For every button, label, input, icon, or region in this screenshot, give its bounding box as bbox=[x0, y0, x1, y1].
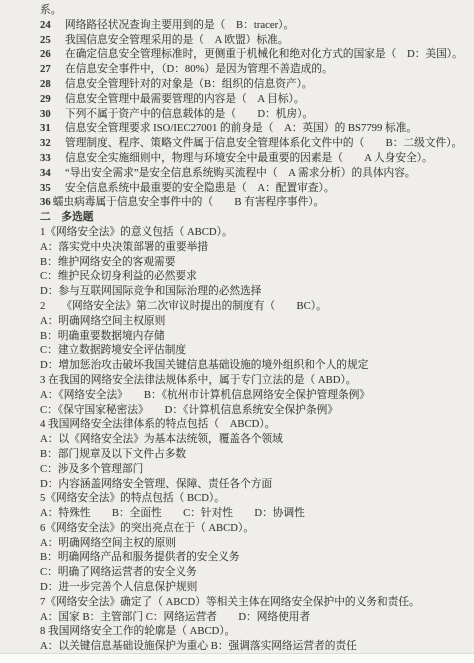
single-choice-question-31: 31 信息安全管理要求 ISO/IEC27001 的前身是（ A：英国）的 BS… bbox=[40, 121, 470, 136]
multi-choice-question-8: 8 我国网络安全工作的轮廓是（ ABCD）。 bbox=[40, 624, 470, 639]
question-text: 信息安全管理要求 ISO/IEC27001 的前身是（ A：英国）的 BS779… bbox=[65, 121, 417, 136]
multi-choice-1-option-c: C：维护民众切身利益的必然要求 bbox=[40, 269, 470, 284]
question-number: 31 bbox=[40, 121, 57, 136]
multi-choice-1-option-b: B：维护网络安全的客观需要 bbox=[40, 255, 470, 270]
single-choice-question-34: 34 “导出安全需求”是安全信息系统购买流程中（ A 需求分析）的具体内容。 bbox=[40, 166, 470, 181]
question-text: 安全信息系统中最重要的安全隐患是（ A：配置审查）。 bbox=[65, 181, 335, 196]
multi-choice-question-6: 6《网络安全法》的突出亮点在于（ ABCD）。 bbox=[40, 521, 470, 536]
question-text: 网络路径状况查询主要用到的是（ B：tracer）。 bbox=[65, 18, 294, 33]
question-number: 27 bbox=[40, 62, 57, 77]
question-text: 信息安全管理针对的对象是（B：组织的信息资产）。 bbox=[65, 77, 313, 92]
question-text: 我国信息安全管理采用的是（ A 欧盟）标准。 bbox=[65, 33, 289, 48]
multi-choice-6-option-a: A：明确网络空间主权的原则 bbox=[40, 536, 470, 551]
single-choice-question-35: 35 安全信息系统中最重要的安全隐患是（ A：配置审查）。 bbox=[40, 181, 470, 196]
question-number: 30 bbox=[40, 107, 57, 122]
question-number: 34 bbox=[40, 166, 57, 181]
single-choice-question-27: 27 在信息安全事件中，（D：80%）是因为管理不善造成的。 bbox=[40, 62, 470, 77]
question-text: 在信息安全事件中，（D：80%）是因为管理不善造成的。 bbox=[65, 62, 333, 77]
question-number: 35 bbox=[40, 181, 57, 196]
multi-choice-question-4: 4 我国网络安全法律体系的特点包括（ ABCD）。 bbox=[40, 417, 470, 432]
multi-choice-3-options-cd: C：《保守国家秘密法》 D：《计算机信息系统安全保护条例》 bbox=[40, 403, 470, 418]
question-number: 29 bbox=[40, 92, 57, 107]
question-text: “导出安全需求”是安全信息系统购买流程中（ A 需求分析）的具体内容。 bbox=[65, 166, 416, 181]
multi-choice-question-2: 2 《网络安全法》第二次审议时提出的制度有（ BC）。 bbox=[40, 299, 470, 314]
multi-choice-question-5: 5《网络安全法》的特点包括（ BCD）。 bbox=[40, 491, 470, 506]
single-choice-question-36: 36 蠕虫病毒属于信息安全事件中的（ B 有害程序事件）。 bbox=[40, 195, 470, 210]
section-heading-multichoice: 二 多选题 bbox=[40, 210, 470, 225]
multi-choice-question-1: 1《网络安全法》的意义包括（ ABCD）。 bbox=[40, 225, 470, 240]
single-choice-question-25: 25 我国信息安全管理采用的是（ A 欧盟）标准。 bbox=[40, 33, 470, 48]
multi-choice-question-3: 3 在我国的网络安全法律法规体系中，属于专门立法的是（ ABD）。 bbox=[40, 373, 470, 388]
question-number: 25 bbox=[40, 33, 57, 48]
multi-choice-2-option-a: A：明确网络空间主权原则 bbox=[40, 314, 470, 329]
paragraph-fragment: 系。 bbox=[40, 3, 470, 18]
multi-choice-2-option-b: B：明确重要数据境内存储 bbox=[40, 329, 470, 344]
multi-choice-4-option-c: C：涉及多个管理部门 bbox=[40, 462, 470, 477]
multi-choice-7-options-abcd: A：国家 B：主管部门 C：网络运营者 D：网络使用者 bbox=[40, 610, 470, 625]
single-choice-question-26: 26 在确定信息安全管理标准时，更侧重于机械化和绝对化方式的国家是（ D：美国）… bbox=[40, 47, 470, 62]
multi-choice-2-option-c: C：建立数据跨境安全评估制度 bbox=[40, 343, 470, 358]
multi-choice-4-option-a: A：以《网络安全法》为基本法统领，覆盖各个领域 bbox=[40, 432, 470, 447]
multi-choice-3-options-ab: A：《网络安全法》 B：《杭州市计算机信息网络安全保护管理条例》 bbox=[40, 388, 470, 403]
document-content: 系。 24 网络路径状况查询主要用到的是（ B：tracer）。 25 我国信息… bbox=[0, 0, 474, 654]
question-number: 24 bbox=[40, 18, 57, 33]
question-number: 36 bbox=[40, 195, 51, 210]
single-choice-question-32: 32 管理制度、程序、策略文件属于信息安全管理体系化文件中的（ B：二级文件）。 bbox=[40, 136, 470, 151]
single-choice-question-33: 33 信息安全实施细则中，物理与环境安全中最重要的因素是（ A 人身安全）。 bbox=[40, 151, 470, 166]
single-choice-question-30: 30 下列不属于资产中的信息载体的是（ D：机房）。 bbox=[40, 107, 470, 122]
question-text: 蠕虫病毒属于信息安全事件中的（ B 有害程序事件）。 bbox=[53, 195, 325, 210]
question-text: 管理制度、程序、策略文件属于信息安全管理体系化文件中的（ B：二级文件）。 bbox=[65, 136, 462, 151]
multi-choice-1-option-d: D：参与互联网国际竞争和国际治理的必然选择 bbox=[40, 284, 470, 299]
document-page: 系。 24 网络路径状况查询主要用到的是（ B：tracer）。 25 我国信息… bbox=[0, 0, 474, 663]
question-text: 下列不属于资产中的信息载体的是（ D：机房）。 bbox=[65, 107, 313, 122]
multi-choice-5-options-abcd: A：特殊性 B：全面性 C：针对性 D：协调性 bbox=[40, 506, 470, 521]
multi-choice-1-option-a: A：落实党中央决策部署的重要举措 bbox=[40, 240, 470, 255]
multi-choice-question-7: 7《网络安全法》确定了（ ABCD）等相关主体在网络安全保护中的义务和责任。 bbox=[40, 595, 470, 610]
question-number: 32 bbox=[40, 136, 57, 151]
question-number: 33 bbox=[40, 151, 57, 166]
single-choice-question-29: 29 信息安全管理中最需要管理的内容是（ A 目标）。 bbox=[40, 92, 470, 107]
multi-choice-8-options-ab: A：以关键信息基础设施保护为重心 B：强调落实网络运营者的责任 bbox=[40, 639, 470, 654]
question-text: 信息安全实施细则中，物理与环境安全中最重要的因素是（ A 人身安全）。 bbox=[65, 151, 433, 166]
question-text: 在确定信息安全管理标准时，更侧重于机械化和绝对化方式的国家是（ D：美国）。 bbox=[65, 47, 463, 62]
multi-choice-2-option-d: D：增加惩治攻击破坏我国关键信息基础设施的境外组织和个人的规定 bbox=[40, 358, 470, 373]
multi-choice-6-option-c: C：明确了网络运营者的安全义务 bbox=[40, 565, 470, 580]
single-choice-question-28: 28 信息安全管理针对的对象是（B：组织的信息资产）。 bbox=[40, 77, 470, 92]
question-text: 信息安全管理中最需要管理的内容是（ A 目标）。 bbox=[65, 92, 305, 107]
multi-choice-6-option-d: D：进一步完善个人信息保护规则 bbox=[40, 580, 470, 595]
multi-choice-4-option-b: B：部门规章及以下文件占多数 bbox=[40, 447, 470, 462]
single-choice-question-24: 24 网络路径状况查询主要用到的是（ B：tracer）。 bbox=[40, 18, 470, 33]
question-number: 26 bbox=[40, 47, 57, 62]
question-number: 28 bbox=[40, 77, 57, 92]
page-bottom-edge bbox=[0, 653, 474, 663]
multi-choice-4-option-d: D：内容涵盖网络安全管理、保障、责任各个方面 bbox=[40, 477, 470, 492]
multi-choice-6-option-b: B：明确网络产品和服务提供者的安全义务 bbox=[40, 550, 470, 565]
